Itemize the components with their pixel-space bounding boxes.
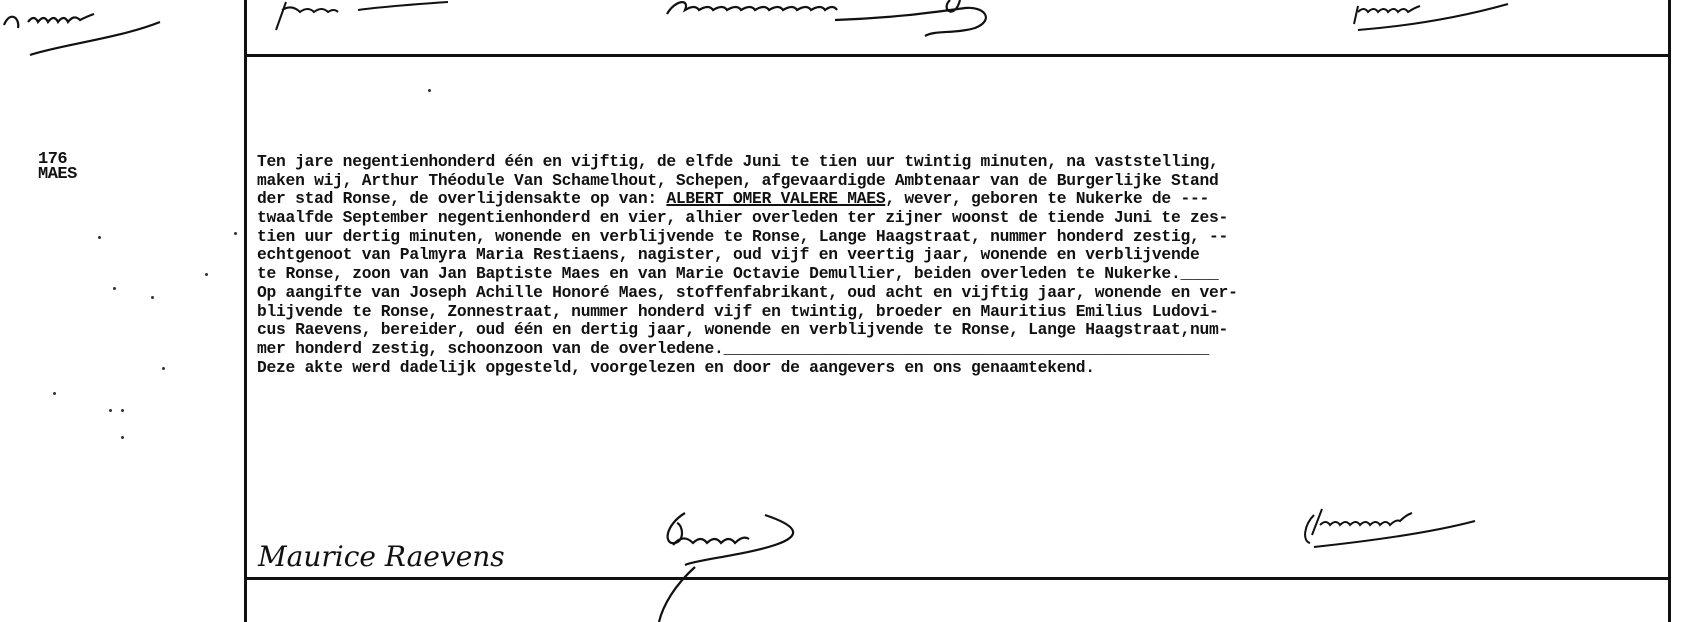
signature-raevens: Maurice Raevens (258, 540, 505, 573)
record-line: maken wij, Arthur Théodule Van Schamelho… (257, 172, 1667, 191)
speck (151, 296, 154, 299)
speck (121, 436, 124, 439)
record-line: Op aangifte van Joseph Achille Honoré Ma… (257, 284, 1667, 303)
signature-official (1300, 505, 1500, 555)
record-line: mer honderd zestig, schoonzoon van de ov… (257, 340, 1667, 359)
speck (205, 273, 208, 276)
record-line: te Ronse, zoon van Jan Baptiste Maes en … (257, 265, 1667, 284)
record-line: echtgenoot van Palmyra Maria Restiaens, … (257, 246, 1667, 265)
right-margin-rule (1668, 0, 1671, 622)
speck (121, 409, 124, 412)
record-line: blijvende te Ronse, Zonnestraat, nummer … (257, 303, 1667, 322)
signature-top-left (268, 0, 458, 35)
deceased-name: ALBERT OMER VALERE MAES (666, 189, 885, 208)
signature-top-right (1348, 0, 1518, 35)
signature-maes (655, 505, 895, 622)
record-top-divider (244, 54, 1670, 57)
speck (162, 367, 165, 370)
record-line: cus Raevens, bereider, oud één en dertig… (257, 321, 1667, 340)
record-line: der stad Ronse, de overlijdensakte op va… (257, 190, 1667, 209)
death-record-text: Ten jare negentienhonderd één en vijftig… (257, 153, 1667, 377)
speck (234, 232, 237, 235)
speck (53, 392, 56, 395)
left-margin-rule (244, 0, 247, 622)
speck (113, 287, 116, 290)
record-line: twaalfde September negentienhonderd en v… (257, 209, 1667, 228)
margin-record-note: 176 MAES (38, 152, 77, 182)
record-line: Ten jare negentienhonderd één en vijftig… (257, 153, 1667, 172)
record-line: tien uur dertig minuten, wonende en verb… (257, 228, 1667, 247)
record-bottom-divider (244, 577, 1670, 580)
record-line: Deze akte werd dadelijk opgesteld, voorg… (257, 359, 1667, 378)
speck (428, 89, 431, 92)
margin-signature (0, 0, 170, 60)
speck (109, 409, 112, 412)
record-surname: MAES (38, 167, 77, 182)
speck (98, 236, 101, 239)
signature-top-center (655, 0, 1055, 45)
